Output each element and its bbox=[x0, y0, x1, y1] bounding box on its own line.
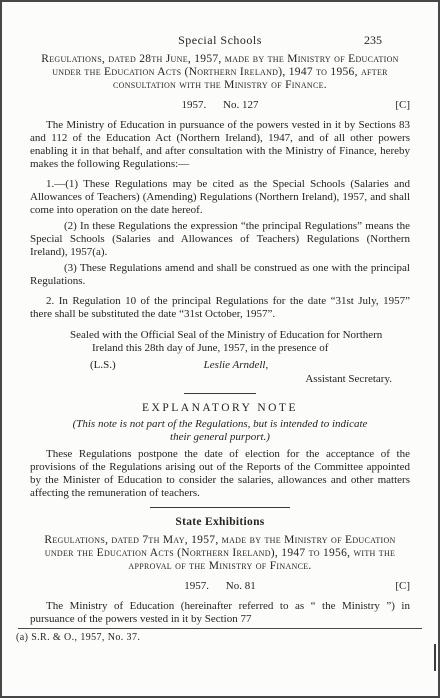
section-divider-rule bbox=[184, 393, 256, 394]
signatory-title: Assistant Secretary. bbox=[30, 373, 410, 386]
footnote-text: (a) S.R. & O., 1957, No. 37. bbox=[0, 632, 440, 643]
instrument-number-1: No. 127 bbox=[223, 99, 258, 111]
second-preamble-paragraph: The Ministry of Education (hereinafter r… bbox=[30, 600, 410, 626]
footnote-separator-rule bbox=[18, 628, 422, 629]
signatory-name: Leslie Arndell, bbox=[204, 359, 269, 372]
instrument-year-2: 1957. bbox=[184, 580, 209, 592]
preamble-paragraph: The Ministry of Education in pursuance o… bbox=[30, 119, 410, 171]
regulation-1-1: 1.—(1) These Regulations may be cited as… bbox=[30, 178, 410, 217]
running-header: Special Schools 235 bbox=[30, 34, 410, 47]
running-title: Special Schools bbox=[178, 33, 262, 47]
regulations-heading-1: Regulations, dated 28th June, 1957, made… bbox=[30, 53, 410, 92]
seal-mark: (L.S.) bbox=[90, 359, 116, 372]
section-title-state-exhibitions: State Exhibitions bbox=[30, 516, 410, 529]
regulations-heading-2: Regulations, dated 7th May, 1957, made b… bbox=[30, 534, 410, 573]
instrument-number-2: No. 81 bbox=[226, 580, 256, 592]
explanatory-note-heading: EXPLANATORY NOTE bbox=[30, 402, 410, 415]
page-content: Special Schools 235 Regulations, dated 2… bbox=[2, 2, 438, 626]
regulation-1-3: (3) These Regulations amend and shall be… bbox=[30, 262, 410, 288]
document-page: { "header": { "title": "Special Schools"… bbox=[0, 0, 440, 698]
classification-mark-1: [C] bbox=[395, 99, 410, 112]
page-number: 235 bbox=[364, 34, 382, 47]
regulation-2: 2. In Regulation 10 of the principal Reg… bbox=[30, 295, 410, 321]
scan-artifact-line bbox=[434, 644, 436, 671]
sealing-clause: Sealed with the Official Seal of the Min… bbox=[70, 329, 410, 355]
classification-mark-2: [C] bbox=[395, 580, 410, 593]
explanatory-note-body: These Regulations postpone the date of e… bbox=[30, 448, 410, 500]
instrument-year-1: 1957. bbox=[182, 99, 207, 111]
footnote-area: (a) S.R. & O., 1957, No. 37. bbox=[0, 628, 440, 643]
instrument-number-line-2: 1957. No. 81 [C] bbox=[30, 580, 410, 593]
signature-row: (L.S.) Leslie Arndell, bbox=[30, 359, 410, 372]
explanatory-note-caption: (This note is not part of the Regulation… bbox=[65, 418, 375, 444]
regulation-1-2: (2) In these Regulations the expression … bbox=[30, 220, 410, 259]
section-divider-rule-2 bbox=[150, 507, 290, 508]
instrument-number-line-1: 1957. No. 127 [C] bbox=[30, 99, 410, 112]
